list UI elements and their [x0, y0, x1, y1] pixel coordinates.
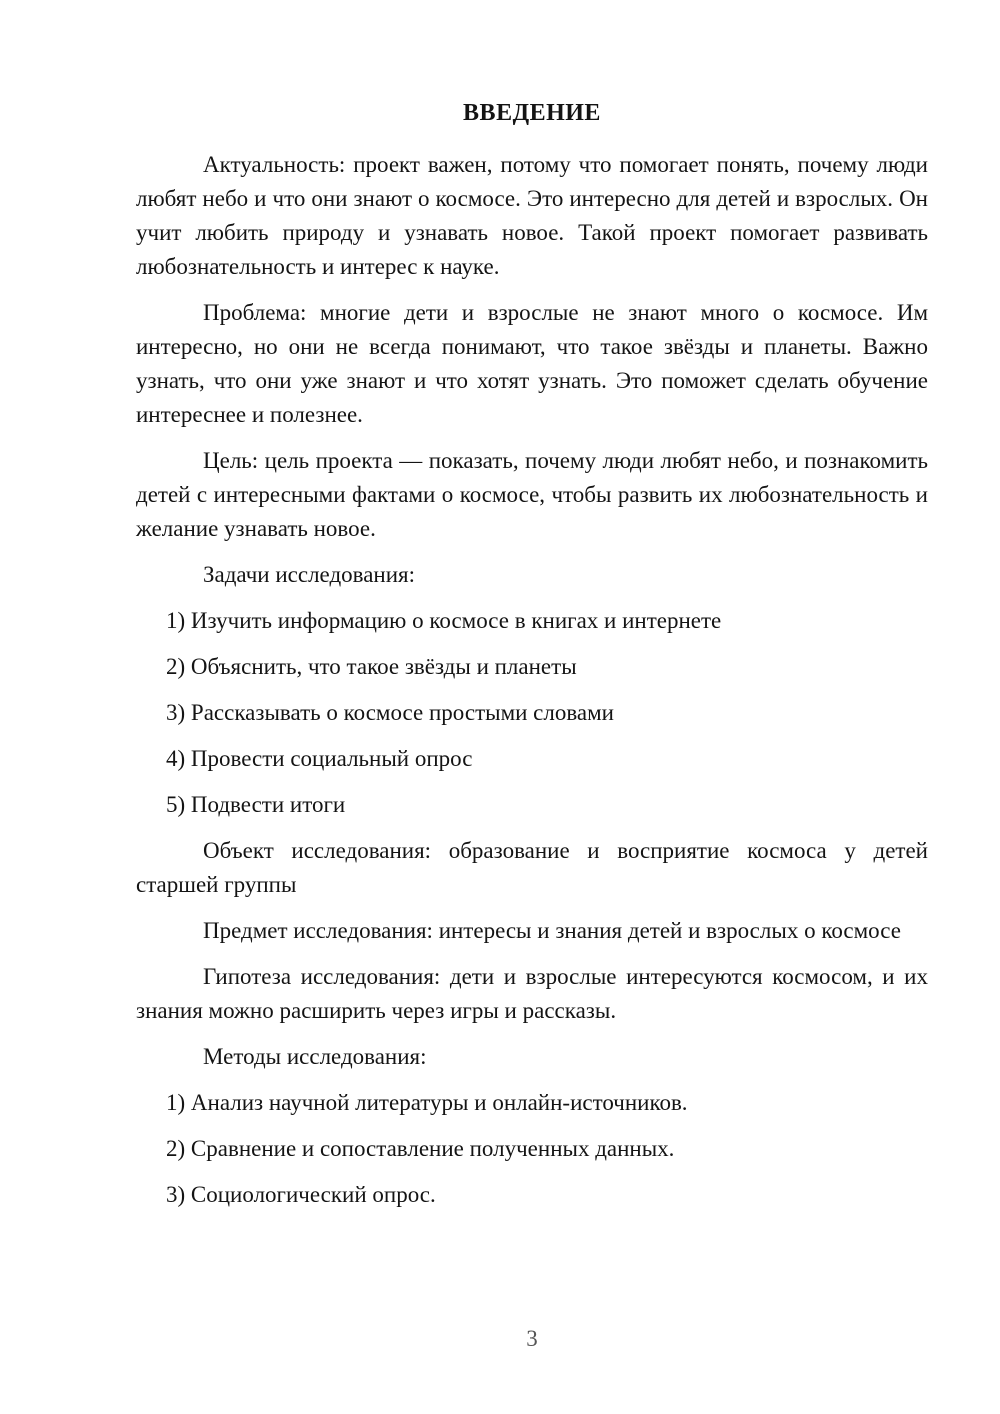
page-title: ВВЕДЕНИЕ — [136, 96, 928, 130]
list-item: 3) Рассказывать о космосе простыми слова… — [136, 696, 928, 730]
page-number: 3 — [136, 1322, 928, 1356]
methods-list: 1) Анализ научной литературы и онлайн-ис… — [136, 1086, 928, 1212]
paragraph-relevance: Актуальность: проект важен, потому что п… — [136, 148, 928, 284]
paragraph-hypothesis: Гипотеза исследования: дети и взрослые и… — [136, 960, 928, 1028]
list-item: 1) Анализ научной литературы и онлайн-ис… — [136, 1086, 928, 1120]
paragraph-goal: Цель: цель проекта — показать, почему лю… — [136, 444, 928, 546]
list-item: 2) Сравнение и сопоставление полученных … — [136, 1132, 928, 1166]
paragraph-subject: Предмет исследования: интересы и знания … — [136, 914, 928, 948]
methods-heading: Методы исследования: — [136, 1040, 928, 1074]
tasks-heading: Задачи исследования: — [136, 558, 928, 592]
paragraph-problem: Проблема: многие дети и взрослые не знаю… — [136, 296, 928, 432]
list-item: 4) Провести социальный опрос — [136, 742, 928, 776]
list-item: 5) Подвести итоги — [136, 788, 928, 822]
paragraph-object: Объект исследования: образование и воспр… — [136, 834, 928, 902]
list-item: 3) Социологический опрос. — [136, 1178, 928, 1212]
list-item: 2) Объяснить, что такое звёзды и планеты — [136, 650, 928, 684]
list-item: 1) Изучить информацию о космосе в книгах… — [136, 604, 928, 638]
document-content: ВВЕДЕНИЕ Актуальность: проект важен, пот… — [136, 96, 928, 1224]
tasks-list: 1) Изучить информацию о космосе в книгах… — [136, 604, 928, 822]
document-page: ВВЕДЕНИЕ Актуальность: проект важен, пот… — [0, 0, 1000, 1414]
